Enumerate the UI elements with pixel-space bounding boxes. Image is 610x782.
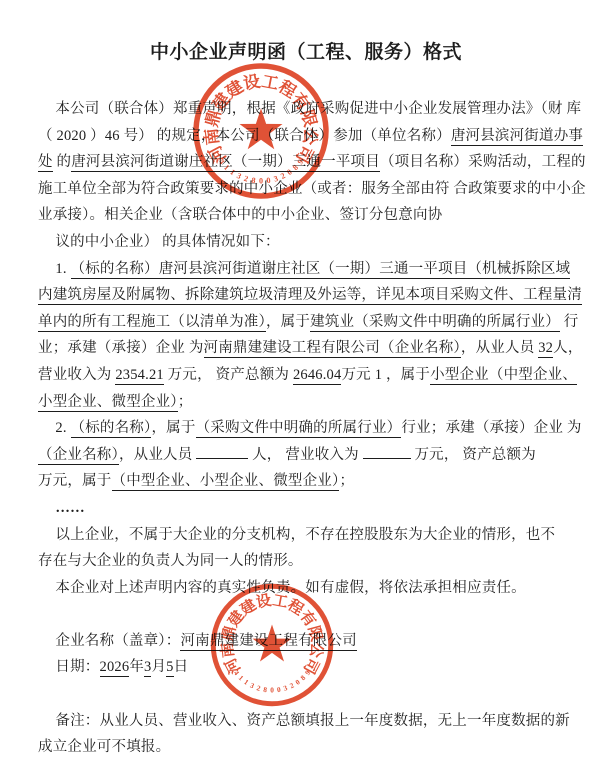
p1-line2: （ 2020 ）46 号） 的规定，本公司（联合体）参加（单位名称）唐河县滨河街… bbox=[38, 123, 574, 150]
text-segment: 本企业对上述声明内容的真实性负责。如有虚假，将依法承担相应责任。 bbox=[55, 580, 525, 596]
text-segment: 本公司（联合体）郑重声明，根据《政府采购促进中小企业发展管理办法》（财 库 bbox=[55, 101, 581, 117]
text-segment: ； bbox=[178, 394, 193, 410]
item1-line3: 单内的所有工程施工（以清单为准），属于建筑业（采购文件中明确的所属行业） 行 bbox=[38, 309, 574, 336]
text-segment: 营业收入为 bbox=[38, 367, 115, 383]
text-segment: 万元，属于 bbox=[38, 473, 112, 489]
text-segment: 2. bbox=[55, 420, 70, 436]
p5-line1: 本企业对上述声明内容的真实性负责。如有虚假，将依法承担相应责任。 bbox=[38, 575, 574, 602]
text-segment: ，从业人员 bbox=[119, 447, 196, 463]
item2-line2: （企业名称），从业人员 人， 营业收入为 万元， 资产总额为 bbox=[38, 442, 574, 469]
text-segment: 行业；承建（承接）企业 为 bbox=[401, 420, 581, 436]
text-segment: 备注：从业人员、营业收入、资产总额填报上一年度数据，无上一年度数据的新 bbox=[55, 713, 570, 729]
underlined-text: 小型企业、微型企业） bbox=[38, 394, 178, 412]
text-segment: …… bbox=[55, 500, 84, 516]
underlined-text: 建筑业（采购文件中明确的所属行业） bbox=[310, 314, 560, 332]
item1-line4: 业；承建（承接）企业 为河南鼎建建设工程有限公司（企业名称），从业人员 32人， bbox=[38, 335, 574, 362]
text-segment: 月 bbox=[151, 659, 166, 675]
p1-line6: 议的中小企业） 的具体情况如下： bbox=[38, 229, 574, 256]
text-segment: 人， 营业收入为 bbox=[248, 447, 362, 463]
text-segment: 施工单位全部为符合政策要求的中小企业（或者：服务全部由符 合政策要求的中小企 bbox=[38, 181, 586, 197]
underlined-text: 2646.04 bbox=[293, 367, 342, 385]
text-segment: 人， bbox=[553, 340, 582, 356]
text-segment: ，属于 bbox=[266, 314, 310, 330]
text-segment: 业；承建（承接）企业 为 bbox=[38, 340, 204, 356]
item2-line3: 万元，属于（中型企业、小型企业、微型企业）； bbox=[38, 468, 574, 495]
underlined-text: 内建筑房屋及附属物、拆除建筑垃圾清理及外运等，详见本项目采购文件、工程量清 bbox=[38, 287, 582, 305]
underlined-text: 唐河县滨河街道谢庄社区（一期）三通一平项目 bbox=[71, 154, 380, 172]
item2-line1: 2. （标的名称），属于（采购文件中明确的所属行业）行业；承建（承接）企业 为 bbox=[38, 415, 574, 442]
text-segment: 年 bbox=[129, 659, 144, 675]
underlined-text: （标的名称） bbox=[71, 420, 152, 438]
underlined-text: （中型企业、小型企业、微型企业） bbox=[112, 473, 340, 491]
text-segment: 万元 1 ，属于 bbox=[341, 367, 430, 383]
underlined-text: （采购文件中明确的所属行业） bbox=[196, 420, 402, 438]
underlined-text: 小型企业（中型企业、 bbox=[430, 367, 577, 385]
text-segment: 日期： bbox=[55, 659, 99, 675]
text-segment: （ 2020 ）46 号） 的规定，本公司（联合体）参加（单位名称） bbox=[38, 128, 451, 144]
note-line2: 成立企业可不填报。 bbox=[38, 734, 574, 761]
ellipsis-line: …… bbox=[38, 495, 574, 522]
p1-line1: 本公司（联合体）郑重声明，根据《政府采购促进中小企业发展管理办法》（财 库 bbox=[38, 96, 574, 123]
underlined-text: 32 bbox=[538, 340, 553, 358]
blank-line-2 bbox=[38, 681, 574, 708]
item1-line1: 1. （标的名称）唐河县滨河街道谢庄社区（一期）三通一平项目（机械拆除区域 bbox=[38, 256, 574, 283]
underlined-text: 河南鼎建建设工程有限公司（企业名称） bbox=[204, 340, 461, 358]
underlined-text: 2354.21 bbox=[115, 367, 164, 385]
text-segment: 的 bbox=[53, 154, 72, 170]
text-segment: （项目名称）采购活动，工程的 bbox=[380, 154, 586, 170]
item1-line2: 内建筑房屋及附属物、拆除建筑垃圾清理及外运等，详见本项目采购文件、工程量清 bbox=[38, 282, 574, 309]
blank-fill-field bbox=[196, 444, 248, 459]
item1-line6: 小型企业、微型企业）； bbox=[38, 389, 574, 416]
p4-line2: 存在与大企业的负责人为同一人的情形。 bbox=[38, 548, 574, 575]
text-segment: 议的中小企业） 的具体情况如下： bbox=[55, 234, 279, 250]
underlined-text: 2026 bbox=[100, 659, 130, 677]
text-segment: 存在与大企业的负责人为同一人的情形。 bbox=[38, 553, 303, 569]
company-name-line: 企业名称（盖章）：河南鼎建建设工程有限公司 bbox=[38, 628, 574, 655]
text-segment: 万元， 资产总额为 bbox=[411, 447, 536, 463]
text-segment: 行 bbox=[560, 314, 579, 330]
underlined-text: （标的名称）唐河县滨河街道谢庄社区（一期）三通一平项目（机械拆除区域 bbox=[71, 261, 571, 279]
note-line1: 备注：从业人员、营业收入、资产总额填报上一年度数据，无上一年度数据的新 bbox=[38, 708, 574, 735]
text-segment: 以上企业，不属于大企业的分支机构，不存在控股股东为大企业的情形，也不 bbox=[55, 527, 555, 543]
item1-line5: 营业收入为 2354.21 万元， 资产总额为 2646.04万元 1 ，属于小… bbox=[38, 362, 574, 389]
blank-line-1 bbox=[38, 601, 574, 628]
document-title: 中小企业声明函（工程、服务）格式 bbox=[38, 40, 574, 66]
text-segment: 业承接）。相关企业（含联合体中的中小企业、签订分包意向协 bbox=[38, 207, 442, 223]
text-segment: ，属于 bbox=[151, 420, 195, 436]
underlined-text: 单内的所有工程施工（以清单为准） bbox=[38, 314, 266, 332]
p1-line4: 施工单位全部为符合政策要求的中小企业（或者：服务全部由符 合政策要求的中小企 bbox=[38, 176, 574, 203]
date-line: 日期：2026年3月5日 bbox=[38, 654, 574, 681]
text-segment: 企业名称（盖章）： bbox=[55, 633, 180, 649]
text-segment: 万元， 资产总额为 bbox=[164, 367, 293, 383]
underlined-text: 河南鼎建建设工程有限公司 bbox=[180, 633, 356, 651]
underlined-text: 5 bbox=[166, 659, 173, 677]
p1-line5: 业承接）。相关企业（含联合体中的中小企业、签订分包意向协 bbox=[38, 202, 574, 229]
text-segment: 成立企业可不填报。 bbox=[38, 739, 170, 755]
blank-fill-field bbox=[363, 444, 411, 459]
document-content: 中小企业声明函（工程、服务）格式 本公司（联合体）郑重声明，根据《政府采购促进中… bbox=[38, 40, 574, 761]
text-segment: 1. bbox=[55, 261, 70, 277]
underlined-text: 处 bbox=[38, 154, 53, 172]
underlined-text: （企业名称） bbox=[38, 447, 119, 465]
document-body: 本公司（联合体）郑重声明，根据《政府采购促进中小企业发展管理办法》（财 库（ 2… bbox=[38, 96, 574, 761]
p1-line3: 处 的唐河县滨河街道谢庄社区（一期）三通一平项目（项目名称）采购活动，工程的 bbox=[38, 149, 574, 176]
text-segment: ，从业人员 bbox=[461, 340, 538, 356]
underlined-text: 唐河县滨河街道办事 bbox=[451, 128, 583, 146]
text-segment: 日 bbox=[174, 659, 189, 675]
text-segment: ； bbox=[339, 473, 354, 489]
document-page: 中小企业声明函（工程、服务）格式 本公司（联合体）郑重声明，根据《政府采购促进中… bbox=[0, 0, 610, 782]
p4-line1: 以上企业，不属于大企业的分支机构，不存在控股股东为大企业的情形，也不 bbox=[38, 522, 574, 549]
